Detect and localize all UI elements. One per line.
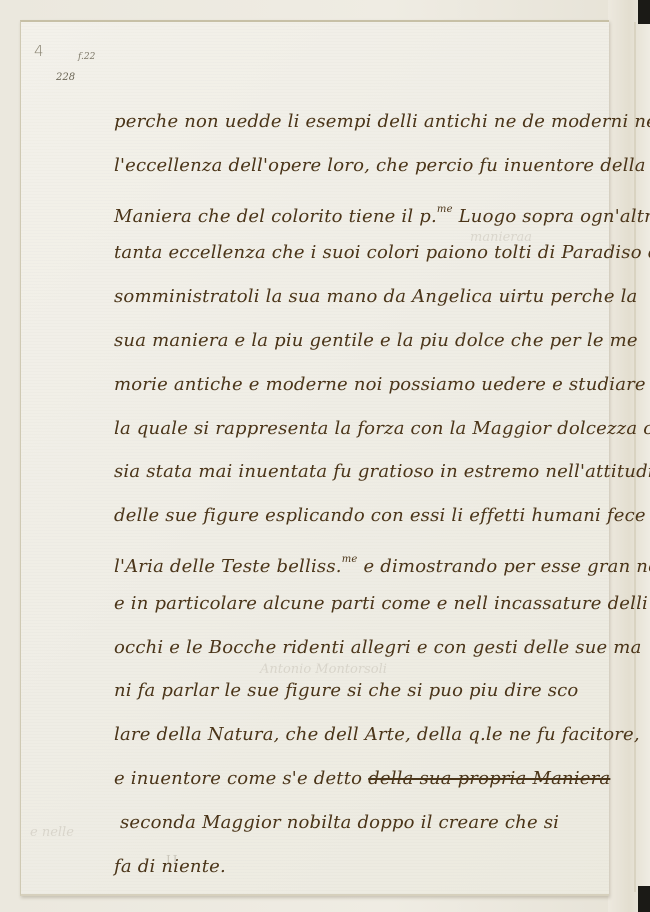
binding-shadow-top: [638, 0, 650, 24]
text-line: Maniera che del colorito tiene il p.me L…: [114, 188, 624, 232]
text-segment: e dimostrando per esse gran nobilta: [358, 556, 650, 577]
text-line: morie antiche e moderne noi possiamo ued…: [114, 363, 624, 407]
show-through-text: e nelle: [30, 825, 74, 840]
text-line: occhi e le Bocche ridenti allegri e con …: [114, 626, 624, 670]
archival-reference-lower: 228: [56, 72, 75, 83]
binding-edge: [634, 22, 636, 892]
text-line: e in particolare alcune parti come e nel…: [114, 582, 624, 626]
text-segment: l'Aria delle Teste belliss.: [114, 556, 342, 577]
struck-through-text: della sua propria Maniera: [368, 768, 610, 789]
text-line: perche non uedde li esempi delli antichi…: [114, 100, 624, 144]
text-line: lare della Natura, che dell Arte, della …: [114, 713, 624, 757]
superscript-abbreviation: me: [342, 554, 358, 565]
text-segment: e inuentore come s'e detto: [114, 768, 368, 789]
text-line: fa di niente.: [114, 845, 624, 889]
manuscript-text: perche non uedde li esempi delli antichi…: [114, 100, 624, 888]
text-line: l'Aria delle Teste belliss.me e dimostra…: [114, 538, 624, 582]
folio-number: 4: [34, 42, 44, 60]
text-line: e inuentore come s'e detto della sua pro…: [114, 757, 624, 801]
faint-page-number: II: [166, 853, 179, 867]
text-line: sia stata mai inuentata fu gratioso in e…: [114, 450, 624, 494]
text-segment: Maniera che del colorito tiene il p.: [114, 206, 437, 227]
binding-shadow-bottom: [638, 886, 650, 912]
text-line: seconda Maggior nobilta doppo il creare …: [120, 801, 624, 845]
text-line: la quale si rappresenta la forza con la …: [114, 407, 624, 451]
text-line: delle sue figure esplicando con essi li …: [114, 494, 624, 538]
superscript-abbreviation: me: [437, 204, 453, 215]
text-line: somministratoli la sua mano da Angelica …: [114, 275, 624, 319]
text-segment: Luogo sopra ogn'altro di: [453, 206, 650, 227]
archival-reference-upper: f.22: [78, 52, 95, 62]
text-line: ni fa parlar le sue figure si che si puo…: [114, 669, 624, 713]
text-line: tanta eccellenza che i suoi colori paion…: [114, 231, 624, 275]
text-line: l'eccellenza dell'opere loro, che percio…: [114, 144, 624, 188]
text-line: sua maniera e la piu gentile e la piu do…: [114, 319, 624, 363]
